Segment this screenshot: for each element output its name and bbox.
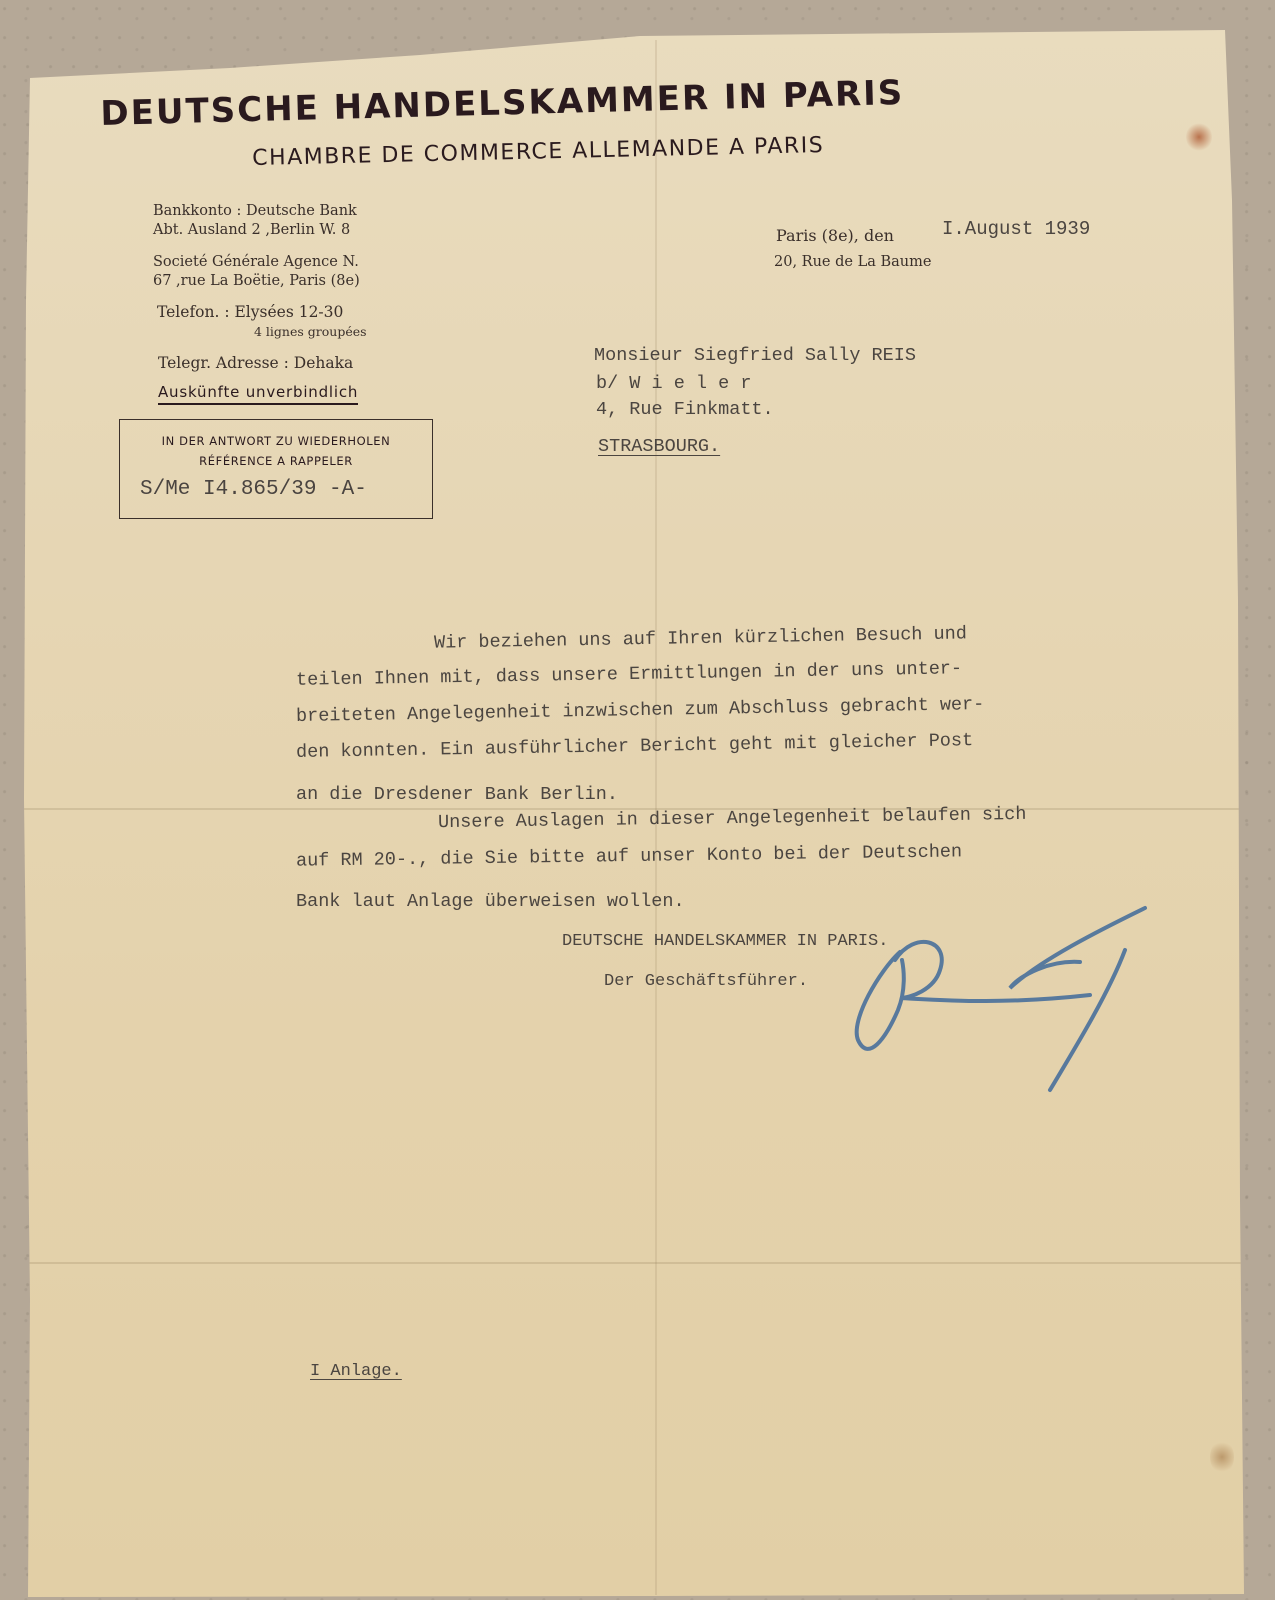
body-line: Bank laut Anlage überweisen wollen. [296, 891, 685, 912]
stain [1186, 122, 1212, 152]
place-prefix: Paris (8e), den [776, 226, 894, 245]
handwritten-signature [840, 890, 1170, 1110]
body-line: an die Dresdener Bank Berlin. [296, 784, 618, 805]
body-line: teilen Ihnen mit, dass unsere Ermittlung… [296, 658, 962, 691]
letterhead-title: DEUTSCHE HANDELSKAMMER IN PARIS [100, 67, 1141, 134]
body-line: den konnten. Ein ausführlicher Bericht g… [296, 730, 973, 763]
recipient-street: 4, Rue Finkmatt. [596, 399, 774, 420]
recipient-name: Monsieur Siegfried Sally REIS [594, 345, 916, 366]
stain [1210, 1440, 1234, 1474]
body-line: auf RM 20-., die Sie bitte auf unser Kon… [296, 841, 962, 871]
telegram-address: Telegr. Adresse : Dehaka [158, 354, 353, 372]
body-line: breiteten Angelegenheit inzwischen zum A… [296, 694, 985, 727]
reference-label-de: IN DER ANTWORT ZU WIEDERHOLEN [120, 434, 432, 448]
enclosure-note: I Anlage. [310, 1362, 402, 1381]
sender-address: 20, Rue de La Baume [774, 254, 931, 270]
letterhead-subtitle: CHAMBRE DE COMMERCE ALLEMANDE A PARIS [252, 133, 824, 171]
recipient-care-of: b/ W i e l e r [596, 373, 751, 394]
disclaimer: Auskünfte unverbindlich [158, 383, 358, 405]
recipient-city: STRASBOURG. [598, 436, 720, 457]
societe-generale-line1: Societé Générale Agence N. [153, 254, 359, 270]
reference-box: IN DER ANTWORT ZU WIEDERHOLEN RÉFÉRENCE … [119, 419, 433, 519]
reference-label-fr: RÉFÉRENCE A RAPPELER [120, 454, 432, 468]
telefon-sub: 4 lignes groupées [254, 324, 367, 339]
reference-number: S/Me I4.865/39 -A- [140, 478, 367, 501]
closing-role: Der Geschäftsführer. [604, 972, 808, 991]
fold-line [24, 1262, 1244, 1264]
telefon-line: Telefon. : Elysées 12-30 [157, 303, 343, 321]
bank-account-line1: Bankkonto : Deutsche Bank [153, 203, 357, 219]
letter-paper: DEUTSCHE HANDELSKAMMER IN PARIS CHAMBRE … [0, 0, 1275, 1600]
letter-date: I.August 1939 [942, 218, 1090, 240]
body-line: Wir beziehen uns auf Ihren kürzlichen Be… [434, 623, 967, 653]
bank-account-line2: Abt. Ausland 2 ,Berlin W. 8 [153, 222, 350, 238]
societe-generale-line2: 67 ,rue La Boëtie, Paris (8e) [153, 273, 360, 289]
